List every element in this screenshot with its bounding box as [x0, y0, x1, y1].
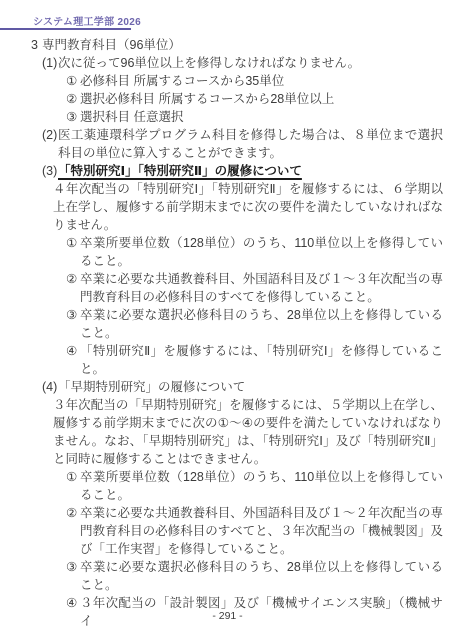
sub-item-text: 選択必修科目 所属するコースから28単位以上	[80, 90, 443, 108]
list-item-1: (1) 次に従って96単位以上を修得しなければなりません。	[42, 54, 443, 72]
sub-item-marker: ③	[66, 306, 80, 342]
list-item-2: (2) 医工薬連環科学プログラム科目を修得した場合は、８単位まで選択科目の単位に…	[42, 126, 443, 162]
sub-item-text: 卒業に必要な選択必修科目のうち、28単位以上を修得していること。	[80, 558, 443, 594]
list-item-4: (4) 「早期特別研究」の履修について	[42, 378, 443, 396]
page-number: - 291 -	[0, 610, 455, 622]
sub-item: ② 卒業に必要な共通教養科目、外国語科目及び１～２年次配当の専門教育科目の必修科…	[66, 504, 443, 558]
sub-item-marker: ③	[66, 108, 80, 126]
item-paragraph: ３年次配当の「早期特別研究」を履修するには、５学期以上在学し、履修する前学期末ま…	[53, 396, 443, 468]
sub-item-text: 卒業に必要な選択必修科目のうち、28単位以上を修得していること。	[80, 306, 443, 342]
sub-item-marker: ④	[66, 342, 80, 378]
sub-item-text: 必修科目 所属するコースから35単位	[80, 72, 443, 90]
sub-item-marker: ③	[66, 558, 80, 594]
sub-item: ① 必修科目 所属するコースから35単位	[66, 72, 443, 90]
item-label: (4)	[42, 378, 58, 396]
sub-item-text: 卒業所要単位数（128単位）のうち、110単位以上を修得していること。	[80, 234, 443, 270]
item-label: (3)	[42, 162, 58, 180]
sub-item: ① 卒業所要単位数（128単位）のうち、110単位以上を修得していること。	[66, 234, 443, 270]
sub-item-text: 卒業に必要な共通教養科目、外国語科目及び１～３年次配当の専門教育科目の必修科目の…	[80, 270, 443, 306]
item-label: (1)	[42, 54, 58, 72]
section-heading: 3 専門教育科目（96単位）	[31, 36, 443, 54]
item-text: 次に従って96単位以上を修得しなければなりません。	[58, 54, 443, 72]
faculty-header-label: システム理工学部 2026	[33, 13, 141, 28]
item-heading: 「特別研究Ⅰ」「特別研究Ⅱ」の履修について	[58, 162, 443, 180]
sub-item: ② 卒業に必要な共通教養科目、外国語科目及び１～３年次配当の専門教育科目の必修科…	[66, 270, 443, 306]
sub-item: ① 卒業所要単位数（128単位）のうち、110単位以上を修得していること。	[66, 468, 443, 504]
sub-item: ③ 卒業に必要な選択必修科目のうち、28単位以上を修得していること。	[66, 558, 443, 594]
list-item-3: (3) 「特別研究Ⅰ」「特別研究Ⅱ」の履修について	[42, 162, 443, 180]
sub-item: ③ 選択科目 任意選択	[66, 108, 443, 126]
sub-item-marker: ②	[66, 504, 80, 558]
section-title: 専門教育科目（96単位）	[42, 36, 443, 54]
sub-item-marker: ②	[66, 270, 80, 306]
sub-item-marker: ②	[66, 90, 80, 108]
sub-item-text: 卒業に必要な共通教養科目、外国語科目及び１～２年次配当の専門教育科目の必修科目の…	[80, 504, 443, 558]
item-heading: 「早期特別研究」の履修について	[58, 378, 443, 396]
sub-item-text: 選択科目 任意選択	[80, 108, 443, 126]
section-number: 3	[31, 36, 42, 54]
sub-item: ③ 卒業に必要な選択必修科目のうち、28単位以上を修得していること。	[66, 306, 443, 342]
document-page: システム理工学部 2026 3 専門教育科目（96単位） (1) 次に従って96…	[0, 0, 455, 644]
document-body: 3 専門教育科目（96単位） (1) 次に従って96単位以上を修得しなければなり…	[31, 36, 443, 630]
item-text: 医工薬連環科学プログラム科目を修得した場合は、８単位まで選択科目の単位に算入する…	[58, 126, 443, 162]
sub-item-text: 卒業所要単位数（128単位）のうち、110単位以上を修得していること。	[80, 468, 443, 504]
sub-item-text: 「特別研究Ⅱ」を履修するには、「特別研究Ⅰ」を修得していること。	[80, 342, 443, 378]
item-paragraph: ４年次配当の「特別研究Ⅰ」「特別研究Ⅱ」を履修するには、６学期以上在学し、履修す…	[53, 180, 443, 234]
sub-item-marker: ①	[66, 72, 80, 90]
sub-item: ④ 「特別研究Ⅱ」を履修するには、「特別研究Ⅰ」を修得していること。	[66, 342, 443, 378]
item-label: (2)	[42, 126, 58, 162]
sub-item-marker: ①	[66, 234, 80, 270]
header-rule	[0, 28, 131, 30]
sub-item-marker: ①	[66, 468, 80, 504]
sub-item: ② 選択必修科目 所属するコースから28単位以上	[66, 90, 443, 108]
